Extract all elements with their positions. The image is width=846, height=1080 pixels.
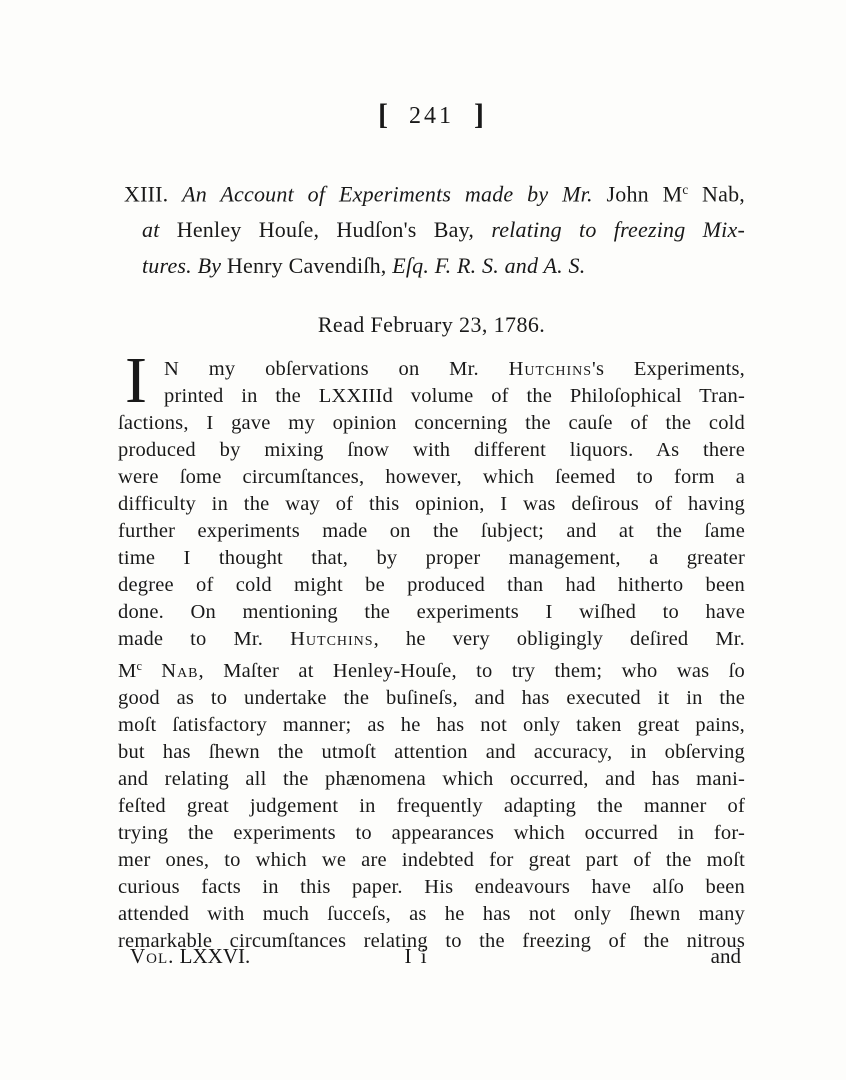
body-text: I N my obſervations on Mr. Hutchins's Ex… bbox=[118, 356, 745, 955]
body-line: printed in the LXXIIId volume of the Phi… bbox=[118, 383, 745, 410]
body-line: and relating all the phænomena which occ… bbox=[118, 766, 745, 793]
body-line: but has ſhewn the utmoſt attention and a… bbox=[118, 739, 745, 766]
body-line: trying the experiments to appearances wh… bbox=[118, 820, 745, 847]
page-number: [241] bbox=[118, 98, 745, 132]
drop-cap: I bbox=[125, 354, 147, 408]
body-line: ſactions, I gave my opinion concerning t… bbox=[118, 410, 745, 437]
body-line: made to Mr. Hutchins, he very obligingly… bbox=[118, 626, 745, 653]
body-line: further experiments made on the ſubject;… bbox=[118, 518, 745, 545]
body-line: moſt ſatisfactory manner; as he has not … bbox=[118, 712, 745, 739]
body-line: produced by mixing ſnow with different l… bbox=[118, 437, 745, 464]
title-line: XIII. An Account of Experiments made by … bbox=[118, 172, 745, 212]
body-line: Mc Nab, Maſter at Henley-Houſe, to try t… bbox=[118, 653, 745, 685]
body-line: were ſome circumſtances, however, which … bbox=[118, 464, 745, 491]
closing-bracket: ] bbox=[474, 98, 485, 131]
title-line: tures. By Henry Cavendiſh, Eſq. F. R. S.… bbox=[118, 248, 745, 284]
title-line: at Henley Houſe, Hudſon's Bay, relating … bbox=[118, 212, 745, 248]
page-footer: Vol. LXXVI. I i and bbox=[118, 944, 745, 972]
body-line: time I thought that, by proper managemen… bbox=[118, 545, 745, 572]
body-line: curious facts in this paper. His endeavo… bbox=[118, 874, 745, 901]
document-page: [241] XIII. An Account of Experiments ma… bbox=[0, 0, 846, 1080]
article-title: XIII. An Account of Experiments made by … bbox=[118, 172, 745, 284]
body-line: difficulty in the way of this opinion, I… bbox=[118, 491, 745, 518]
body-line: done. On mentioning the experiments I wi… bbox=[118, 599, 745, 626]
footer-catchword: and bbox=[711, 944, 741, 969]
body-line: feſted great judgement in frequently ada… bbox=[118, 793, 745, 820]
opening-bracket: [ bbox=[378, 98, 389, 131]
footer-signature: I i bbox=[118, 944, 715, 969]
body-line: N my obſervations on Mr. Hutchins's Expe… bbox=[118, 356, 745, 383]
body-line: degree of cold might be produced than ha… bbox=[118, 572, 745, 599]
read-date: Read February 23, 1786. bbox=[118, 312, 745, 338]
body-line: attended with much ſucceſs, as he has no… bbox=[118, 901, 745, 928]
body-line: mer ones, to which we are indebted for g… bbox=[118, 847, 745, 874]
page-number-value: 241 bbox=[409, 103, 454, 129]
body-line: good as to undertake the buſineſs, and h… bbox=[118, 685, 745, 712]
